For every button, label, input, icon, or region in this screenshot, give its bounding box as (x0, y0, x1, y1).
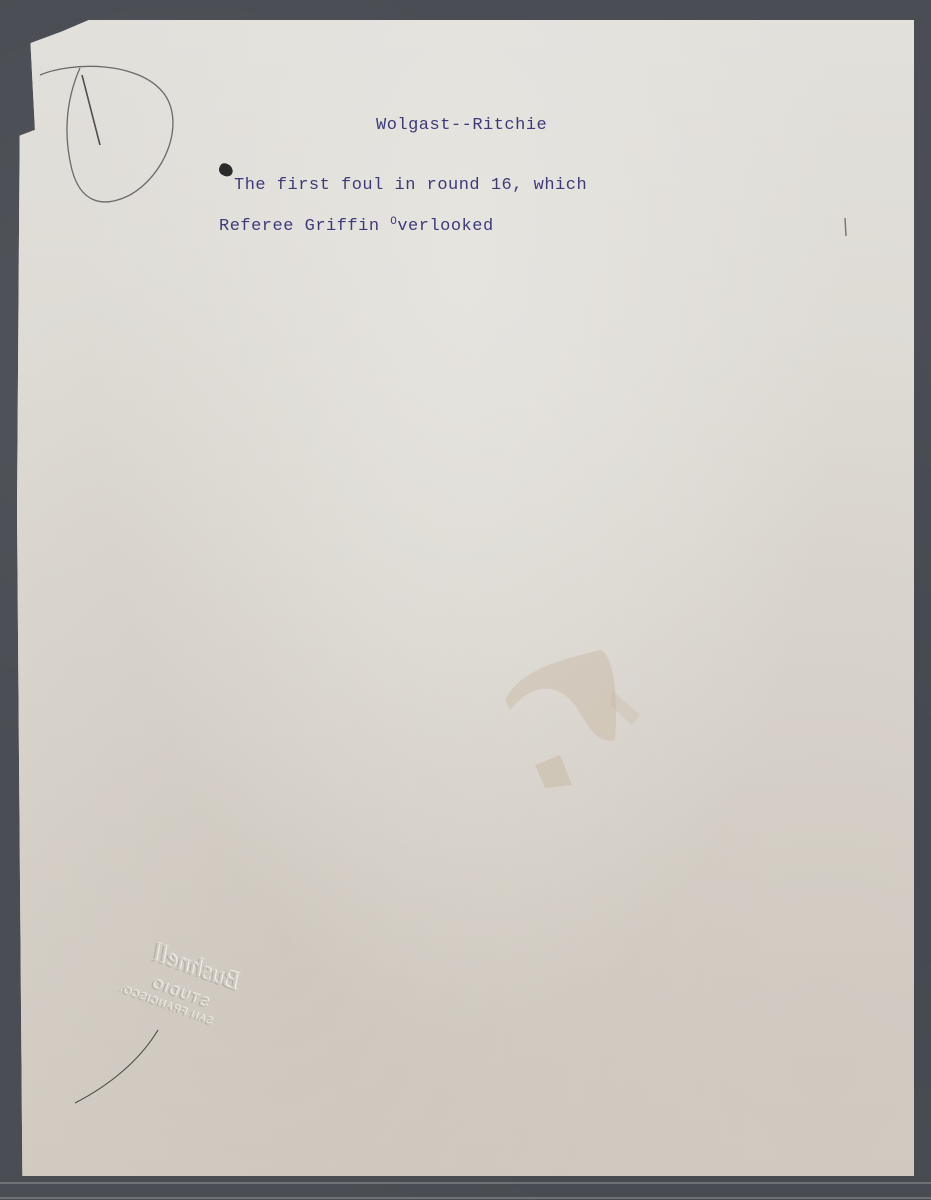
pencil-circle-icon (40, 66, 173, 202)
pencil-tick (845, 218, 846, 236)
pencil-number-one (82, 75, 100, 145)
caption-line-2-rest: verlooked (397, 217, 493, 236)
caption-line-2: Referee Griffin Overlooked (219, 216, 494, 236)
caption-line-2-prefix: Referee Griffin (219, 217, 390, 236)
water-stain (535, 755, 572, 788)
water-stain (505, 650, 616, 741)
caption-title: Wolgast--Ritchie (376, 116, 547, 135)
caption-line-1: The first foul in round 16, which (234, 176, 587, 195)
